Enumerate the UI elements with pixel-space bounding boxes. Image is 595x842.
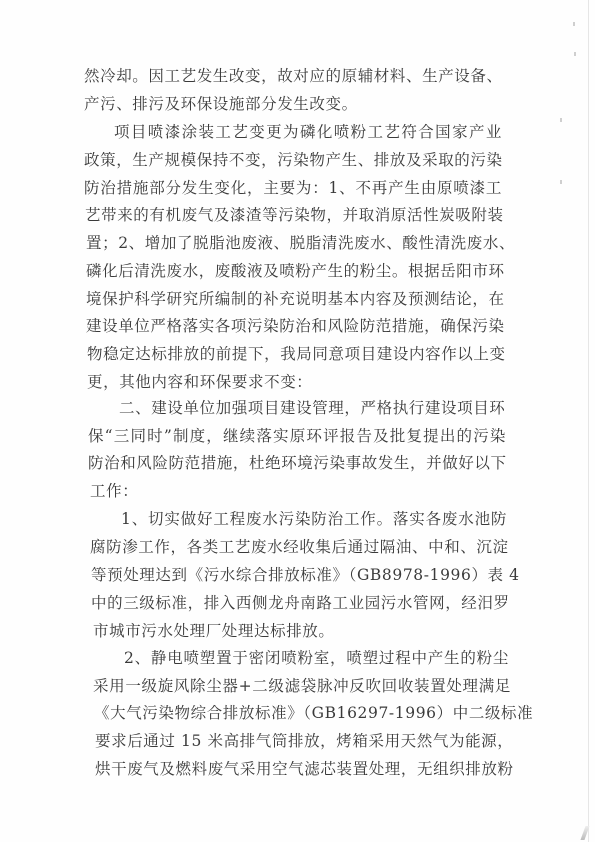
paragraph-start-line: 2、静电喷塑置于密闭喷粉室，喷塑过程中产生的粉尘 [124, 648, 509, 668]
text-line: 境保护科学研究所编制的补充说明基本内容及预测结论，在 [86, 289, 504, 309]
text-line: 置；2、增加了脱脂池废液、脱脂清洗废水、酸性清洗废水、 [86, 233, 504, 253]
text-line: 然冷却。因工艺发生改变，故对应的原辅材料、生产设备、 [84, 66, 502, 86]
page-edge-divider [588, 0, 589, 842]
text-line: 《大气污染物综合排放标准》（GB16297-1996）中二级标准 [94, 703, 512, 723]
text-line: 磷化后清洗废水，废酸液及喷粉产生的粉尘。根据岳阳市环 [86, 261, 504, 281]
text-line: 防治和风险防范措施，杜绝环境污染事故发生，并做好以下 [88, 453, 506, 473]
text-line: 物稳定达标排放的前提下，我局同意项目建设内容作以上变 [87, 344, 505, 364]
text-line: 采用一级旋风除尘器+二级滤袋脉冲反吹回收装置处理满足 [93, 676, 511, 696]
scan-artifact [574, 52, 576, 56]
text-line: 保“三同时”制度，继续落实原环评报告及批复提出的污染 [88, 426, 506, 446]
paragraph-start-line: 二、建设单位加强项目建设管理，严格执行建设项目环 [119, 398, 505, 418]
paragraph-start-line: 1、切实做好工程废水污染防治工作。落实各废水池防 [121, 509, 507, 529]
text-line: 建设单位严格落实各项污染防治和风险防范措施，确保污染 [86, 316, 504, 336]
text-line: 中的三级标准，排入西侧龙舟南路工业园污水管网，经汨罗 [91, 593, 509, 613]
scan-artifact [573, 22, 575, 26]
document-page: 然冷却。因工艺发生改变，故对应的原辅材料、生产设备、 产污、排污及环保设施部分发… [0, 0, 595, 842]
text-line: 等预处理达到《污水综合排放标准》（GB8978-1996）表 4 [91, 565, 509, 585]
scan-artifact [560, 118, 562, 122]
text-line: 烘干废气及燃料废气采用空气滤芯装置处理，无组织排放粉 [95, 759, 513, 779]
paragraph-start-line: 项目喷漆涂装工艺变更为磷化喷粉工艺符合国家产业 [114, 122, 502, 142]
text-line: 市城市污水处理厂处理达标排放。 [93, 621, 335, 641]
text-line: 工作： [90, 481, 138, 501]
text-line: 产污、排污及环保设施部分发生改变。 [84, 94, 358, 114]
text-line: 艺带来的有机废气及漆渣等污染物，并取消原活性炭吸附装 [85, 205, 503, 225]
text-line: 腐防渗工作，各类工艺废水经收集后通过隔油、中和、沉淀 [90, 537, 508, 557]
text-line: 要求后通过 15 米高排气筒排放，烤箱采用天然气为能源， [95, 731, 513, 751]
text-line: 政策，生产规模保持不变，污染物产生、排放及采取的污染 [84, 150, 502, 170]
scan-artifact [560, 180, 562, 184]
text-line: 防治措施部分发生变化，主要为：1、不再产生由原喷漆工 [84, 178, 502, 198]
text-line: 更，其他内容和环保要求不变： [87, 372, 312, 392]
